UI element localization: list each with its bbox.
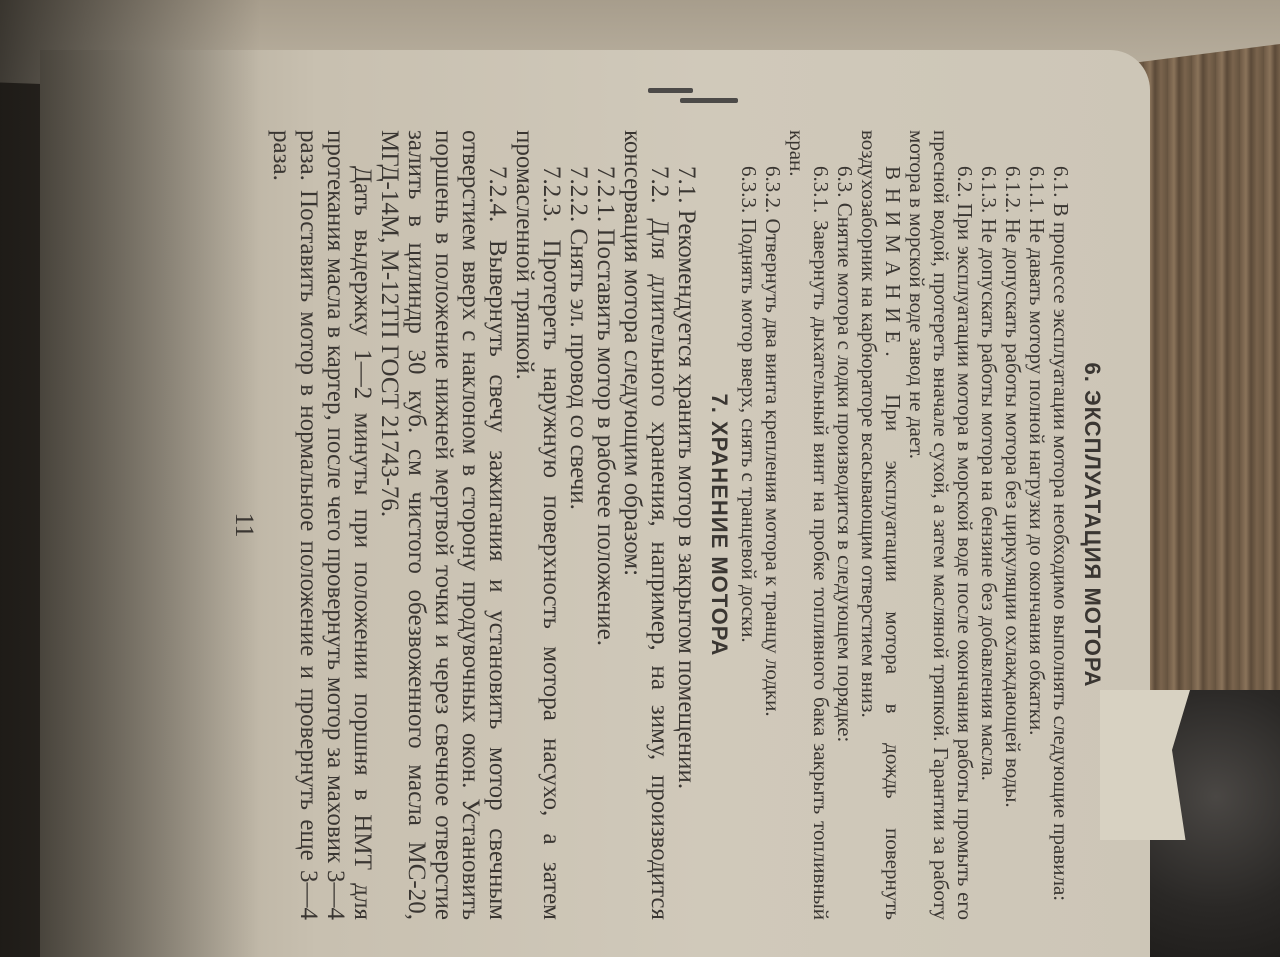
paragraph-6-1: 6.1. В процессе эксплуатации мотора необ…: [1049, 130, 1073, 920]
paragraph-6-3: 6.3. Снятие мотора с лодки производится …: [833, 130, 857, 920]
staple-icon: [648, 84, 738, 106]
paragraph-6-2: 6.2. При эксплуатации мотора в морской в…: [905, 130, 977, 920]
paragraph-6-3-1: 6.3.1. Завернуть дыхательный винт на про…: [785, 130, 833, 920]
paragraph-6-1-3: 6.1.3. Не допускать работы мотора на бен…: [977, 130, 1001, 920]
paragraph-7-2-1: 7.2.1. Поставить мотор в рабочее положен…: [592, 130, 619, 920]
paragraph-7-2: 7.2. Для длительного хранения, например,…: [619, 130, 673, 920]
paragraph-6-1-1: 6.1.1. Не давать мотору полной нагрузки …: [1025, 130, 1049, 920]
page-number: 11: [231, 130, 258, 920]
section-6-heading: 6. ЭКСПЛУАТАЦИЯ МОТОРА: [1079, 130, 1106, 920]
paragraph-7-2-4: 7.2.4. Вывернуть свечу зажигания и устан…: [376, 130, 511, 920]
attention-paragraph: ВНИМАНИЕ. При эксплуатации мотора в дожд…: [857, 130, 905, 920]
section-7-heading: 7. ХРАНЕНИЕ МОТОРА: [706, 130, 733, 920]
paragraph-7-1: 7.1. Рекомендуется хранить мотор в закры…: [673, 130, 700, 920]
attention-label: ВНИМАНИЕ.: [881, 166, 905, 365]
paragraph-6-3-2: 6.3.2. Отвернуть два винта крепления мот…: [761, 130, 785, 920]
paragraph-7-2-2: 7.2.2. Снять эл. провод со свечи.: [565, 130, 592, 920]
paragraph-6-3-3: 6.3.3. Поднять мотор вверх, снять с тран…: [737, 130, 761, 920]
staple-leg-1: [648, 88, 693, 93]
paragraph-7-2-5: Дать выдержку 1—2 минуты при положении п…: [268, 130, 376, 920]
paragraph-7-2-3: 7.2.3. Протереть наружную поверхность мо…: [511, 130, 565, 920]
page-text-column: 6. ЭКСПЛУАТАЦИЯ МОТОРА 6.1. В процессе э…: [110, 130, 1110, 920]
staple-leg-2: [680, 98, 738, 103]
paragraph-6-1-2: 6.1.2. Не допускать работы мотора без ци…: [1001, 130, 1025, 920]
